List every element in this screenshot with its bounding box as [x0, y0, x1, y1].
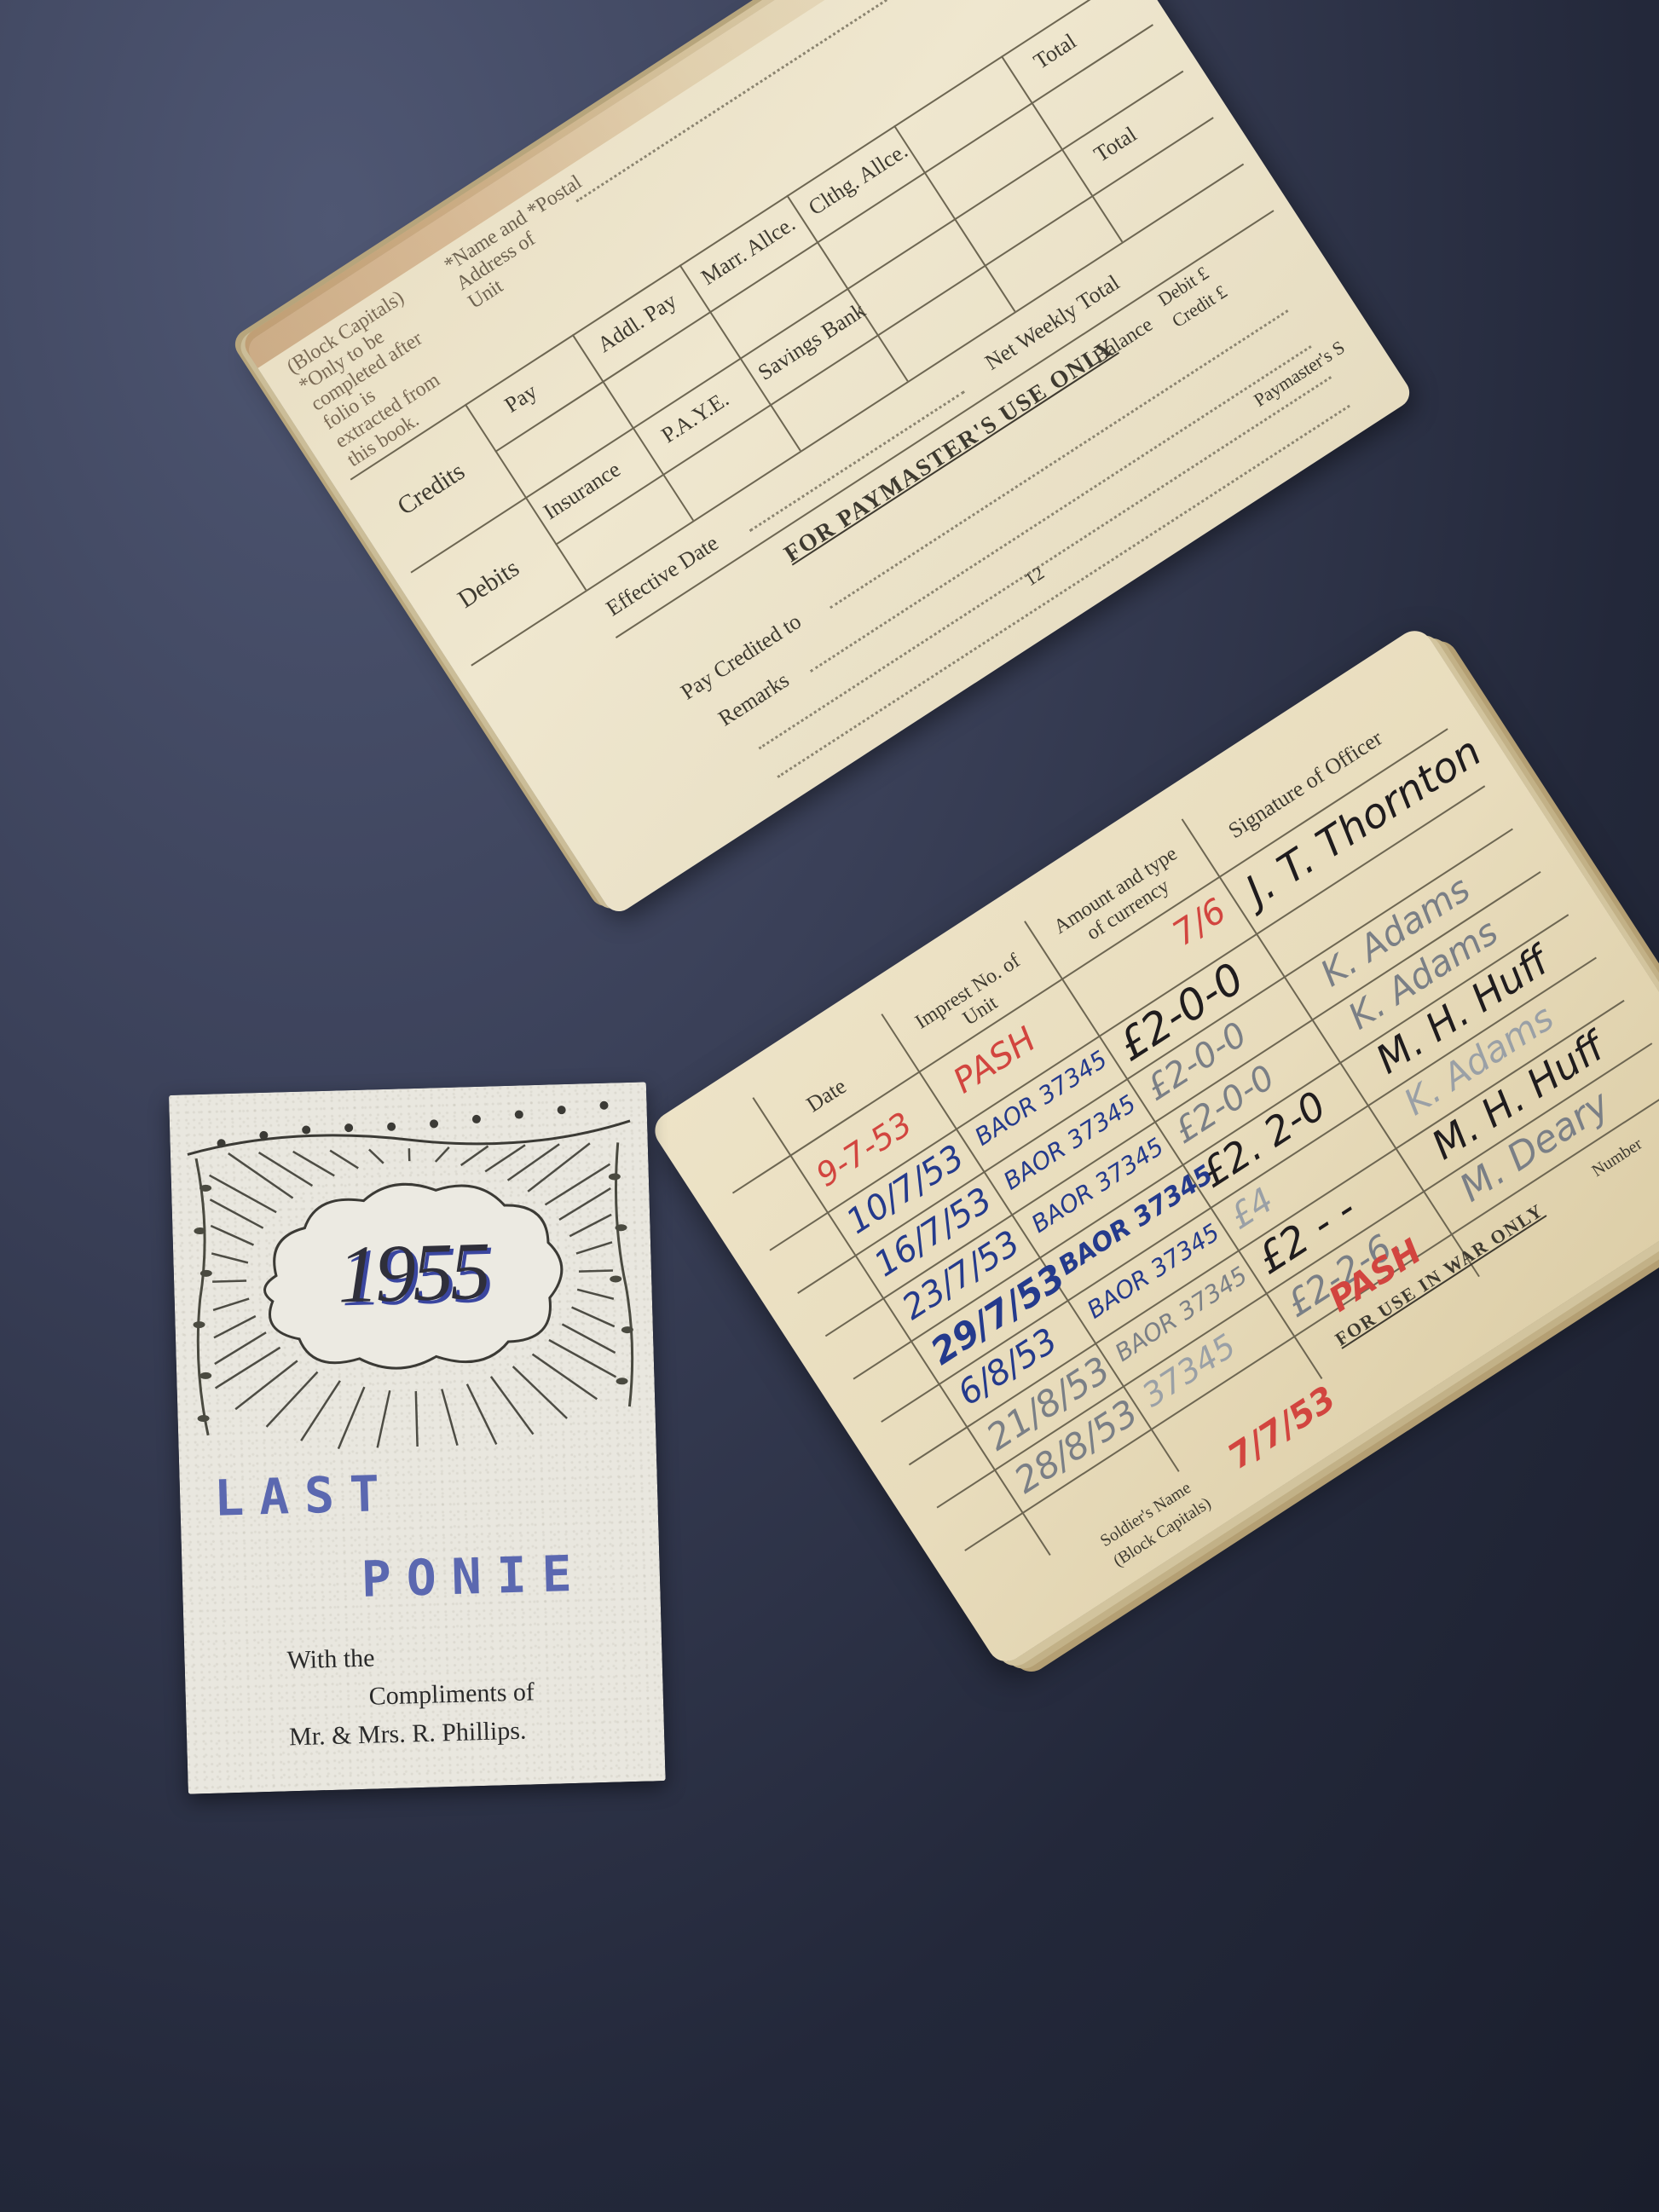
page-number: 12 — [1020, 562, 1049, 591]
calendar-card: 1955 LAST PONIE With the Compliments of … — [169, 1082, 666, 1793]
red-annotation-date: 7/7/53 — [1221, 1379, 1343, 1477]
debit-col-total: Total — [1090, 122, 1142, 168]
debit-col-paye: P.A.Y.E. — [657, 386, 734, 448]
credit-col-marr-allce: Marr. Allce. — [697, 211, 800, 291]
compliments-line-1: With the — [286, 1644, 375, 1676]
header-date: Date — [802, 1073, 852, 1118]
entry-amount: 7/6 — [1166, 891, 1234, 954]
credit-col-addl-pay: Addl. Pay — [593, 288, 682, 358]
pay-credited-line — [829, 309, 1288, 609]
entry-imprest: BAOR 37345 — [1054, 1159, 1219, 1281]
header-amount: Amount and type of currency — [1045, 840, 1199, 962]
credit-col-total: Total — [1029, 29, 1081, 75]
debit-col-insurance: Insurance — [539, 457, 625, 525]
credits-label: Credits — [392, 457, 470, 522]
remarks-line — [759, 376, 1332, 749]
compliments-line-2: Compliments of — [368, 1678, 535, 1711]
credit-col-pay: Pay — [500, 378, 542, 418]
stamp-word-last: LAST — [213, 1464, 396, 1528]
remarks-line — [777, 405, 1350, 778]
number-label: Number — [1588, 1135, 1645, 1181]
stamp-word-ponie: PONIE — [361, 1545, 587, 1608]
calendar-year: 1955 — [283, 1222, 541, 1323]
debits-label: Debits — [453, 554, 524, 615]
